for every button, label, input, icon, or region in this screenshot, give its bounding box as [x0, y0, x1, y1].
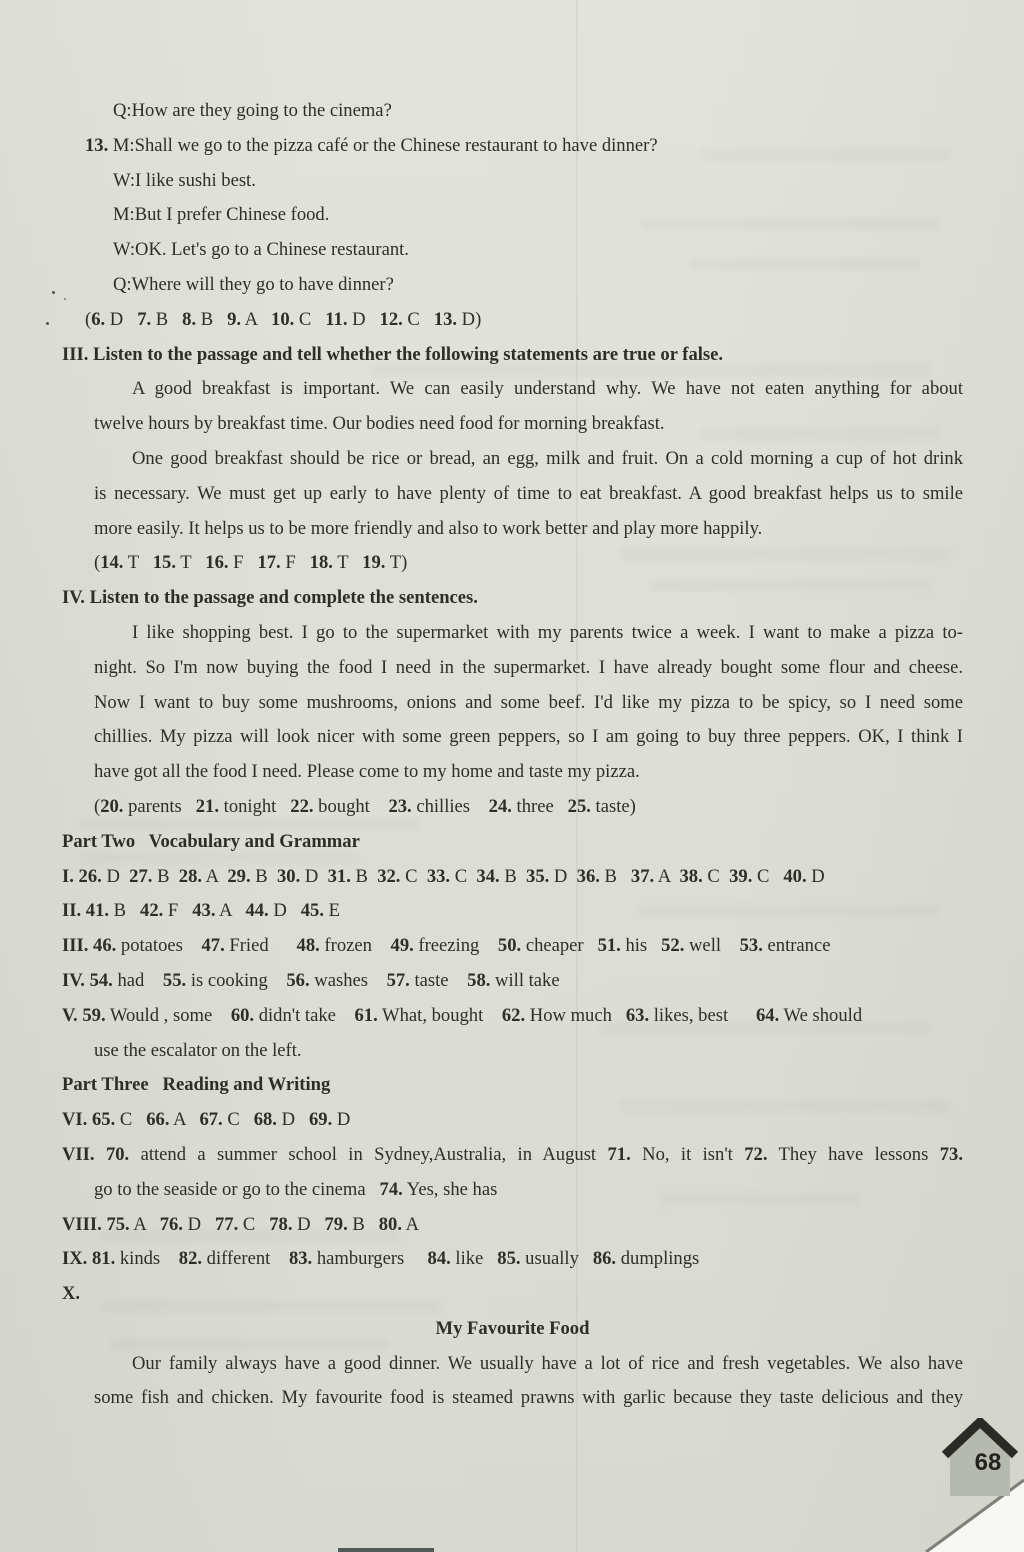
part-heading: Part Two Vocabulary and Grammar — [0, 825, 1024, 860]
page-number: 68 — [975, 1449, 1002, 1476]
house-icon: 68 — [942, 1418, 1018, 1502]
answer-key-line: IV. 54. had 55. is cooking 56. washes 57… — [0, 964, 1024, 999]
answer-key-line: VII. 70. attend a summer school in Sydne… — [0, 1138, 1024, 1173]
answer-key-line: IX. 81. kinds 82. different 83. hamburge… — [0, 1242, 1024, 1277]
passage-line: chillies. My pizza will look nicer with … — [0, 720, 1024, 755]
answer-key-line: V. 59. Would , some 60. didn't take 61. … — [0, 999, 1024, 1034]
answer-key-line: VIII. 75. A 76. D 77. C 78. D 79. B 80. … — [0, 1208, 1024, 1243]
passage-line: One good breakfast should be rice or bre… — [0, 442, 1024, 477]
passage-line: is necessary. We must get up early to ha… — [0, 477, 1024, 512]
answer-key-line: (6. D 7. B 8. B 9. A 10. C 11. D 12. C 1… — [0, 303, 1024, 338]
section-heading: III. Listen to the passage and tell whet… — [0, 338, 1024, 373]
passage-line: A good breakfast is important. We can ea… — [0, 372, 1024, 407]
passage-line: some fish and chicken. My favourite food… — [0, 1381, 1024, 1416]
answer-key-page: Q:How are they going to the cinema?13. M… — [0, 0, 1024, 1552]
part-heading: Part Three Reading and Writing — [0, 1068, 1024, 1103]
essay-title: My Favourite Food — [0, 1312, 1024, 1347]
answer-key-line: (14. T 15. T 16. F 17. F 18. T 19. T) — [0, 546, 1024, 581]
passage-line: twelve hours by breakfast time. Our bodi… — [0, 407, 1024, 442]
answer-key-line: go to the seaside or go to the cinema 74… — [0, 1173, 1024, 1208]
answer-key-line: I. 26. D 27. B 28. A 29. B 30. D 31. B 3… — [0, 860, 1024, 895]
section-heading: IV. Listen to the passage and complete t… — [0, 581, 1024, 616]
answer-key-line: VI. 65. C 66. A 67. C 68. D 69. D — [0, 1103, 1024, 1138]
passage-line: more easily. It helps us to be more frie… — [0, 512, 1024, 547]
passage-line: I like shopping best. I go to the superm… — [0, 616, 1024, 651]
answer-key-line: II. 41. B 42. F 43. A 44. D 45. E — [0, 894, 1024, 929]
passage-line: night. So I'm now buying the food I need… — [0, 651, 1024, 686]
passage-line: Our family always have a good dinner. We… — [0, 1347, 1024, 1382]
page-number-tab: 68 — [942, 1418, 1018, 1502]
passage-line: have got all the food I need. Please com… — [0, 755, 1024, 790]
answer-key-line: use the escalator on the left. — [0, 1034, 1024, 1069]
dialogue-line: W:I like sushi best. — [0, 164, 1024, 199]
dialogue-line: Q:Where will they go to have dinner? — [0, 268, 1024, 303]
text-column: Q:How are they going to the cinema?13. M… — [0, 94, 1024, 1416]
dialogue-line: W:OK. Let's go to a Chinese restaurant. — [0, 233, 1024, 268]
passage-line: Now I want to buy some mushrooms, onions… — [0, 686, 1024, 721]
answer-key-line: III. 46. potatoes 47. Fried 48. frozen 4… — [0, 929, 1024, 964]
answer-key-line: X. — [0, 1277, 1024, 1312]
answer-key-line: (20. parents 21. tonight 22. bought 23. … — [0, 790, 1024, 825]
dialogue-line: 13. M:Shall we go to the pizza café or t… — [0, 129, 1024, 164]
dialogue-line: M:But I prefer Chinese food. — [0, 198, 1024, 233]
scan-edge-artifact — [338, 1548, 434, 1552]
dialogue-line: Q:How are they going to the cinema? — [0, 94, 1024, 129]
